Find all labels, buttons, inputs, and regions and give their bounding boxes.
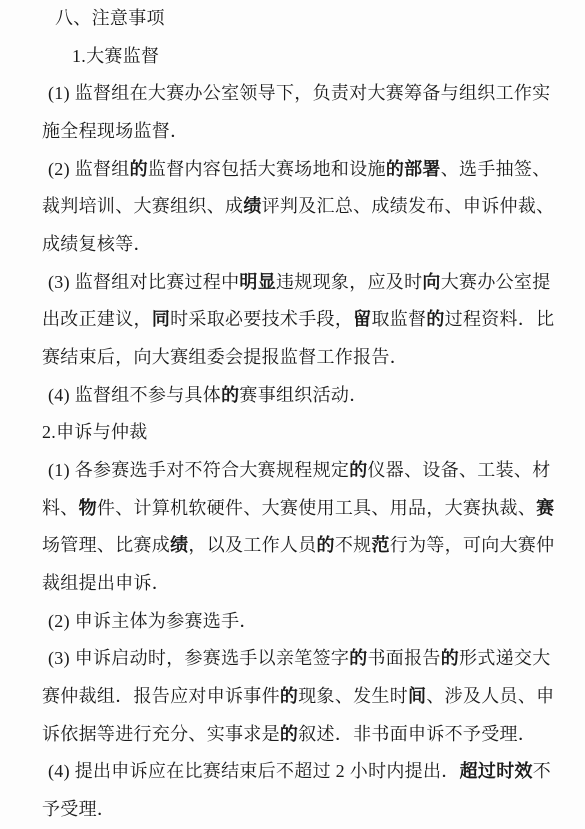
text-segment: 赛事组织活动． bbox=[239, 385, 367, 405]
bold-text-segment: 留 bbox=[353, 309, 371, 329]
text-segment: 大赛办公室提 bbox=[441, 272, 551, 292]
text-segment: (3) 监督组对比赛过程中 bbox=[48, 272, 239, 292]
text-segment: 过程资料．比 bbox=[445, 309, 555, 329]
text-segment: (1) 监督组在大赛办公室领导下，负责对大赛筹备与组织工作实 bbox=[48, 83, 551, 103]
text-line: 2.申诉与仲裁 bbox=[0, 414, 585, 452]
text-segment: 施全程现场监督． bbox=[42, 121, 188, 141]
text-line: 八、注意事项 bbox=[0, 0, 585, 38]
text-segment: 形式递交大 bbox=[459, 648, 551, 668]
text-line: (3) 申诉启动时，参赛选手以亲笔签字的书面报告的形式递交大 bbox=[0, 640, 585, 678]
bold-text-segment: 绩 bbox=[243, 196, 261, 216]
text-segment: 行为等，可向大赛仲 bbox=[390, 535, 555, 555]
text-segment: 、选手抽签、 bbox=[441, 159, 551, 179]
text-segment: 裁组提出申诉． bbox=[42, 573, 170, 593]
text-segment: 评判及汇总、成绩发布、申诉仲裁、 bbox=[262, 196, 555, 216]
text-segment: (4) 提出申诉应在比赛结束后不超过 2 小时内提出． bbox=[48, 761, 460, 781]
text-line: 诉依据等进行充分、实事求是的叙述．非书面申诉不予受理． bbox=[0, 716, 585, 754]
text-segment: 监督内容包括大赛场地和设施 bbox=[148, 159, 386, 179]
text-segment: 违规现象，应及时 bbox=[276, 272, 422, 292]
text-line: (2) 申诉主体为参赛选手． bbox=[0, 603, 585, 641]
text-segment: 料、 bbox=[42, 498, 79, 518]
text-segment: (2) 监督组 bbox=[48, 159, 130, 179]
text-segment: (2) 申诉主体为参赛选手． bbox=[48, 611, 258, 631]
document-page: 八、注意事项1.大赛监督(1) 监督组在大赛办公室领导下，负责对大赛筹备与组织工… bbox=[0, 0, 585, 829]
text-segment: (1) 各参赛选手对不符合大赛规程规定 bbox=[48, 460, 349, 480]
text-segment: 2.申诉与仲裁 bbox=[42, 422, 148, 442]
text-segment: 书面报告 bbox=[368, 648, 441, 668]
bold-text-segment: 绩 bbox=[170, 535, 188, 555]
bold-text-segment: 同 bbox=[152, 309, 170, 329]
text-segment: 诉依据等进行充分、实事求是 bbox=[42, 724, 280, 744]
text-segment: 仪器、设备、工装、材 bbox=[368, 460, 551, 480]
text-segment: 现象、发生时 bbox=[298, 686, 408, 706]
text-line: 赛结束后，向大赛组委会提报监督工作报告． bbox=[0, 339, 585, 377]
text-segment: 取监督 bbox=[371, 309, 426, 329]
text-segment: (4) 监督组不参与具体 bbox=[48, 385, 221, 405]
bold-text-segment: 范 bbox=[371, 535, 389, 555]
text-line: (1) 监督组在大赛办公室领导下，负责对大赛筹备与组织工作实 bbox=[0, 75, 585, 113]
bold-text-segment: 的 bbox=[426, 309, 444, 329]
text-line: 成绩复核等． bbox=[0, 226, 585, 264]
text-segment: 赛仲裁组．报告应对申诉事件 bbox=[42, 686, 280, 706]
bold-text-segment: 向 bbox=[422, 272, 440, 292]
text-segment: 叙述．非书面申诉不予受理． bbox=[298, 724, 536, 744]
text-line: 予受理． bbox=[0, 791, 585, 829]
bold-text-segment: 赛 bbox=[536, 498, 554, 518]
text-segment: 赛结束后，向大赛组委会提报监督工作报告． bbox=[42, 347, 408, 367]
text-line: (4) 提出申诉应在比赛结束后不超过 2 小时内提出．超过时效不 bbox=[0, 753, 585, 791]
text-segment: 出改正建议， bbox=[42, 309, 152, 329]
text-segment: 件、计算机软硬件、大赛使用工具、用品，大赛执裁、 bbox=[97, 498, 536, 518]
text-line: 裁组提出申诉． bbox=[0, 565, 585, 603]
text-line: 出改正建议，同时采取必要技术手段，留取监督的过程资料．比 bbox=[0, 301, 585, 339]
text-line: 赛仲裁组．报告应对申诉事件的现象、发生时间、涉及人员、申 bbox=[0, 678, 585, 716]
text-segment: 裁判培训、大赛组织、成 bbox=[42, 196, 243, 216]
text-line: (2) 监督组的监督内容包括大赛场地和设施的部署、选手抽签、 bbox=[0, 151, 585, 189]
text-line: 施全程现场监督． bbox=[0, 113, 585, 151]
text-segment: (3) 申诉启动时，参赛选手以亲笔签字 bbox=[48, 648, 349, 668]
bold-text-segment: 的 bbox=[317, 535, 335, 555]
text-segment: 八、注意事项 bbox=[55, 8, 165, 28]
text-line: 场管理、比赛成绩，以及工作人员的不规范行为等，可向大赛仲 bbox=[0, 527, 585, 565]
bold-text-segment: 的 bbox=[441, 648, 459, 668]
bold-text-segment: 的 bbox=[221, 385, 239, 405]
text-line: 料、物件、计算机软硬件、大赛使用工具、用品，大赛执裁、赛 bbox=[0, 490, 585, 528]
text-line: (3) 监督组对比赛过程中明显违规现象，应及时向大赛办公室提 bbox=[0, 264, 585, 302]
text-line: (1) 各参赛选手对不符合大赛规程规定的仪器、设备、工装、材 bbox=[0, 452, 585, 490]
bold-text-segment: 的 bbox=[349, 648, 367, 668]
bold-text-segment: 的 bbox=[280, 724, 298, 744]
text-segment: 、涉及人员、申 bbox=[426, 686, 554, 706]
bold-text-segment: 的 bbox=[130, 159, 148, 179]
bold-text-segment: 超过时效 bbox=[460, 761, 533, 781]
bold-text-segment: 物 bbox=[79, 498, 97, 518]
bold-text-segment: 间 bbox=[408, 686, 426, 706]
text-line: (4) 监督组不参与具体的赛事组织活动． bbox=[0, 377, 585, 415]
text-segment: 时采取必要技术手段， bbox=[170, 309, 353, 329]
bold-text-segment: 的部署 bbox=[386, 159, 441, 179]
text-segment: 场管理、比赛成 bbox=[42, 535, 170, 555]
text-segment: 成绩复核等． bbox=[42, 234, 152, 254]
bold-text-segment: 的 bbox=[349, 460, 367, 480]
text-segment: 1.大赛监督 bbox=[72, 46, 159, 66]
bold-text-segment: 明显 bbox=[239, 272, 276, 292]
text-segment: 不 bbox=[533, 761, 551, 781]
text-segment: 予受理． bbox=[42, 799, 115, 819]
text-line: 1.大赛监督 bbox=[0, 38, 585, 76]
bold-text-segment: 的 bbox=[280, 686, 298, 706]
text-segment: 不规 bbox=[335, 535, 372, 555]
text-line: 裁判培训、大赛组织、成绩评判及汇总、成绩发布、申诉仲裁、 bbox=[0, 188, 585, 226]
text-segment: ，以及工作人员 bbox=[188, 535, 316, 555]
